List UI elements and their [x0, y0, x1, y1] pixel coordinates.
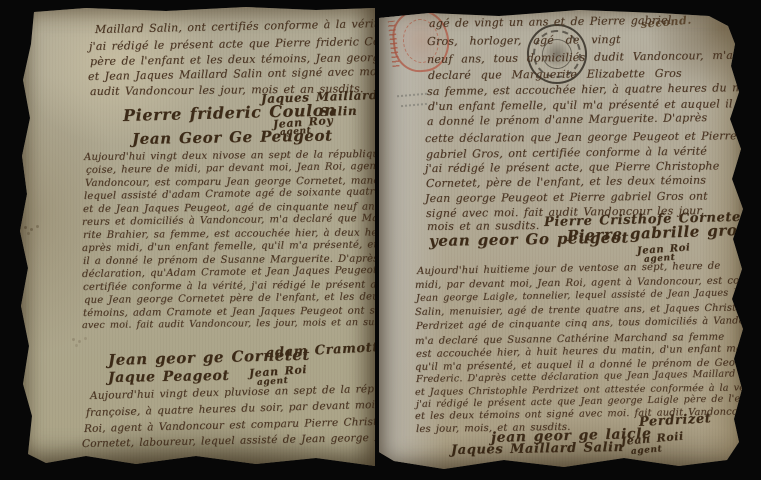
manuscript-line: a donné le prénom d'anne Marguerite. D'a… [427, 112, 707, 128]
manuscript-line: cette déclaration que Jean george Peugeo… [425, 130, 737, 145]
manuscript-line: reurs et domiciliés à Vandoncour, m'a de… [82, 213, 375, 228]
manuscript-line: neuf ans, tous domiciliés dudit Vandonco… [427, 50, 733, 66]
manuscript-line: et Jean Jaques Maillard Salin ont signé … [88, 65, 375, 83]
manuscript-line: Cornetet, père de l'enfant, et les deux … [426, 175, 706, 191]
manuscript-line: que Jean george Cornetet père de l'enfan… [84, 291, 375, 306]
manuscript-line: agé de vingt un ans et de Pierre gabriel [429, 15, 672, 30]
manuscript-line: declaré que Marguerite Elizabette Gros [428, 68, 682, 82]
manuscript-line: çoise, heure de midi, par devant moi, Je… [86, 161, 375, 176]
manuscript-line: j'ai rédigé le présent acte que Pierre f… [89, 35, 375, 53]
left-page: Maillard Salin, ont certifiés conforme à… [16, 6, 375, 468]
margin-marks [72, 338, 75, 341]
manuscript-line: Jean george Peugeot et Pierre gabriel Gr… [425, 191, 708, 206]
manuscript-line: Aujourd'hui huitieme jour de ventose an … [417, 261, 721, 277]
signature-witness: Jaque Peageot [108, 369, 230, 387]
manuscript-line: j'ai rédigé le présent acte, que Pierre … [425, 160, 720, 175]
right-page: second. agé de vingt un ans et de Pierre… [379, 4, 749, 476]
pencil-scribble [401, 103, 427, 107]
signature-witness: adam Cramotte [266, 341, 375, 362]
manuscript-line: après midi, d'un enfant femelle, qu'il m… [82, 239, 375, 254]
manuscript-line: rite Brahier, sa femme, est accouchée hi… [83, 227, 375, 241]
manuscript-line: Maillard Salin, ont certifiés conforme à… [95, 18, 375, 36]
manuscript-line: avec moi. fait audit Vandoncour, les jou… [82, 318, 375, 332]
scan-background: Maillard Salin, ont certifiés conforme à… [0, 0, 761, 480]
manuscript-line: certifiée conforme à la vérité, j'ai réd… [83, 279, 375, 293]
manuscript-line: sa femme, est accouchée hier, à quatre h… [427, 82, 749, 98]
signature-witness: Jean Geor Ge Peugeot [132, 127, 333, 147]
pencil-scribble [397, 93, 427, 98]
manuscript-line: Perdrizet agé de cinquante cinq ans, tou… [416, 316, 749, 333]
signature-witness: Pierre gabrille gros [567, 222, 747, 245]
signature-witness: Jaques Maillard Salin [451, 441, 624, 458]
margin-marks [24, 226, 27, 229]
signature-agent-title: agent [631, 445, 663, 458]
manuscript-line: Cornetet, laboureur, lequel assisté de J… [82, 432, 375, 451]
manuscript-line: déclaration, qu'Adam Cramote et Jean Jaq… [82, 265, 375, 280]
manuscript-line: gabriel Gros, ont certifiée conforme à l… [426, 146, 707, 162]
manuscript-line: Gros, horloger, agé de vingt [427, 34, 621, 48]
